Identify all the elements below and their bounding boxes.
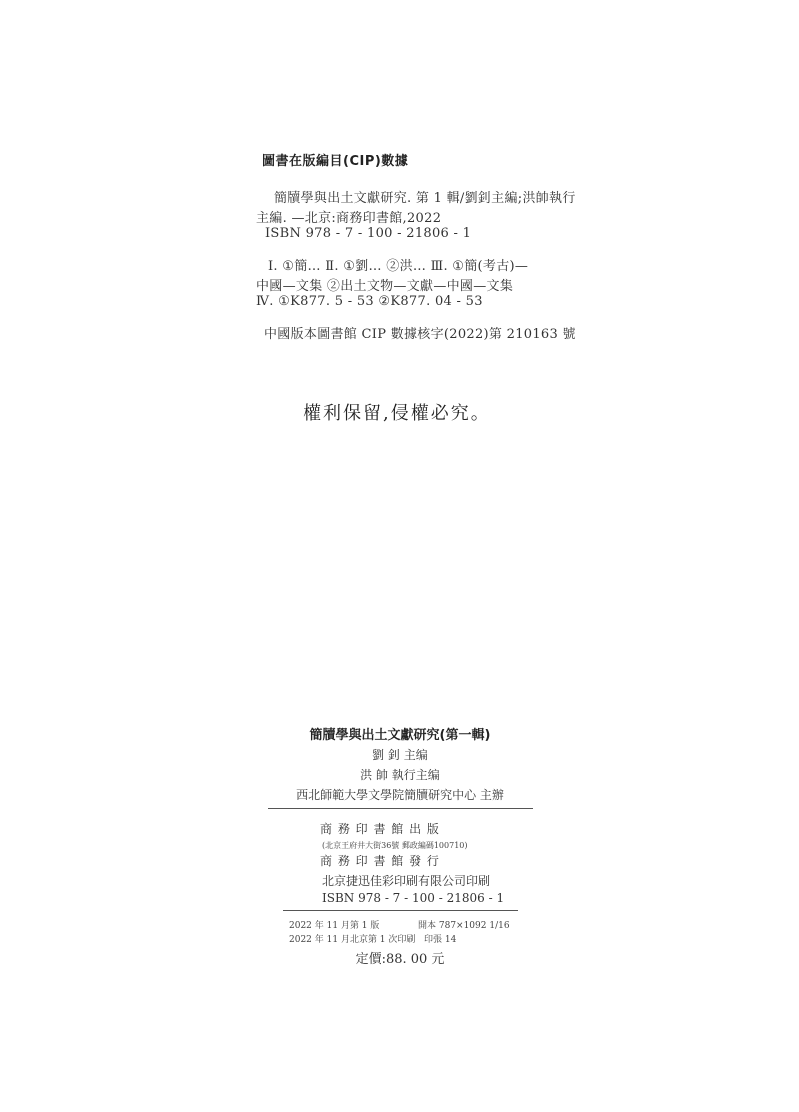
cip-subject-line-2: 中國—文集 ②出土文物—文獻—中國—文集 [256, 275, 513, 294]
colophon-book-title: 簡牘學與出土文獻研究(第一輯) [300, 724, 500, 743]
colophon-sheets: 印張 14 [424, 932, 456, 945]
cip-subject-line-3: Ⅳ. ①K877. 5 - 53 ②K877. 04 - 53 [256, 294, 483, 309]
colophon-executive-editor: 洪 帥 執行主编 [300, 766, 500, 783]
colophon-publisher-address: (北京王府井大街36號 郵政編碼100710) [322, 840, 468, 851]
cip-isbn: ISBN 978 - 7 - 100 - 21806 - 1 [265, 226, 471, 241]
cip-heading: 圖書在版編目(CIP)數據 [262, 150, 408, 169]
rights-notice: 權利保留,侵權必究。 [303, 399, 491, 425]
divider-rule [283, 910, 518, 911]
colophon-isbn: ISBN 978 - 7 - 100 - 21806 - 1 [322, 891, 504, 905]
cip-entry-line-1: 簡牘學與出土文獻研究. 第 1 輯/劉釗主編;洪帥執行 [274, 187, 576, 206]
colophon-editor: 劉 釗 主编 [300, 746, 500, 763]
cip-entry-line-2: 主編. —北京:商務印書館,2022 [256, 207, 441, 226]
colophon-printer: 北京捷迅佳彩印刷有限公司印刷 [322, 872, 490, 889]
colophon-distributor: 商 務 印 書 館 發 行 [320, 852, 485, 869]
colophon-edition: 2022 年 11 月第 1 版 [289, 918, 379, 931]
divider-rule [268, 808, 533, 809]
cip-subject-line-1: Ⅰ. ①簡… Ⅱ. ①劉… ②洪… Ⅲ. ①簡(考古)— [268, 255, 528, 274]
colophon-format: 開本 787×1092 1/16 [418, 918, 510, 931]
cip-approval-number: 中國版本圖書館 CIP 數據核字(2022)第 210163 號 [264, 323, 576, 342]
colophon-printing: 2022 年 11 月北京第 1 次印刷 [289, 932, 415, 945]
colophon-organizer: 西北師範大學文學院簡牘研究中心 主辦 [250, 786, 550, 803]
colophon-publisher: 商 務 印 書 館 出 版 [320, 820, 485, 837]
colophon-price: 定價:88. 00 元 [300, 948, 500, 967]
